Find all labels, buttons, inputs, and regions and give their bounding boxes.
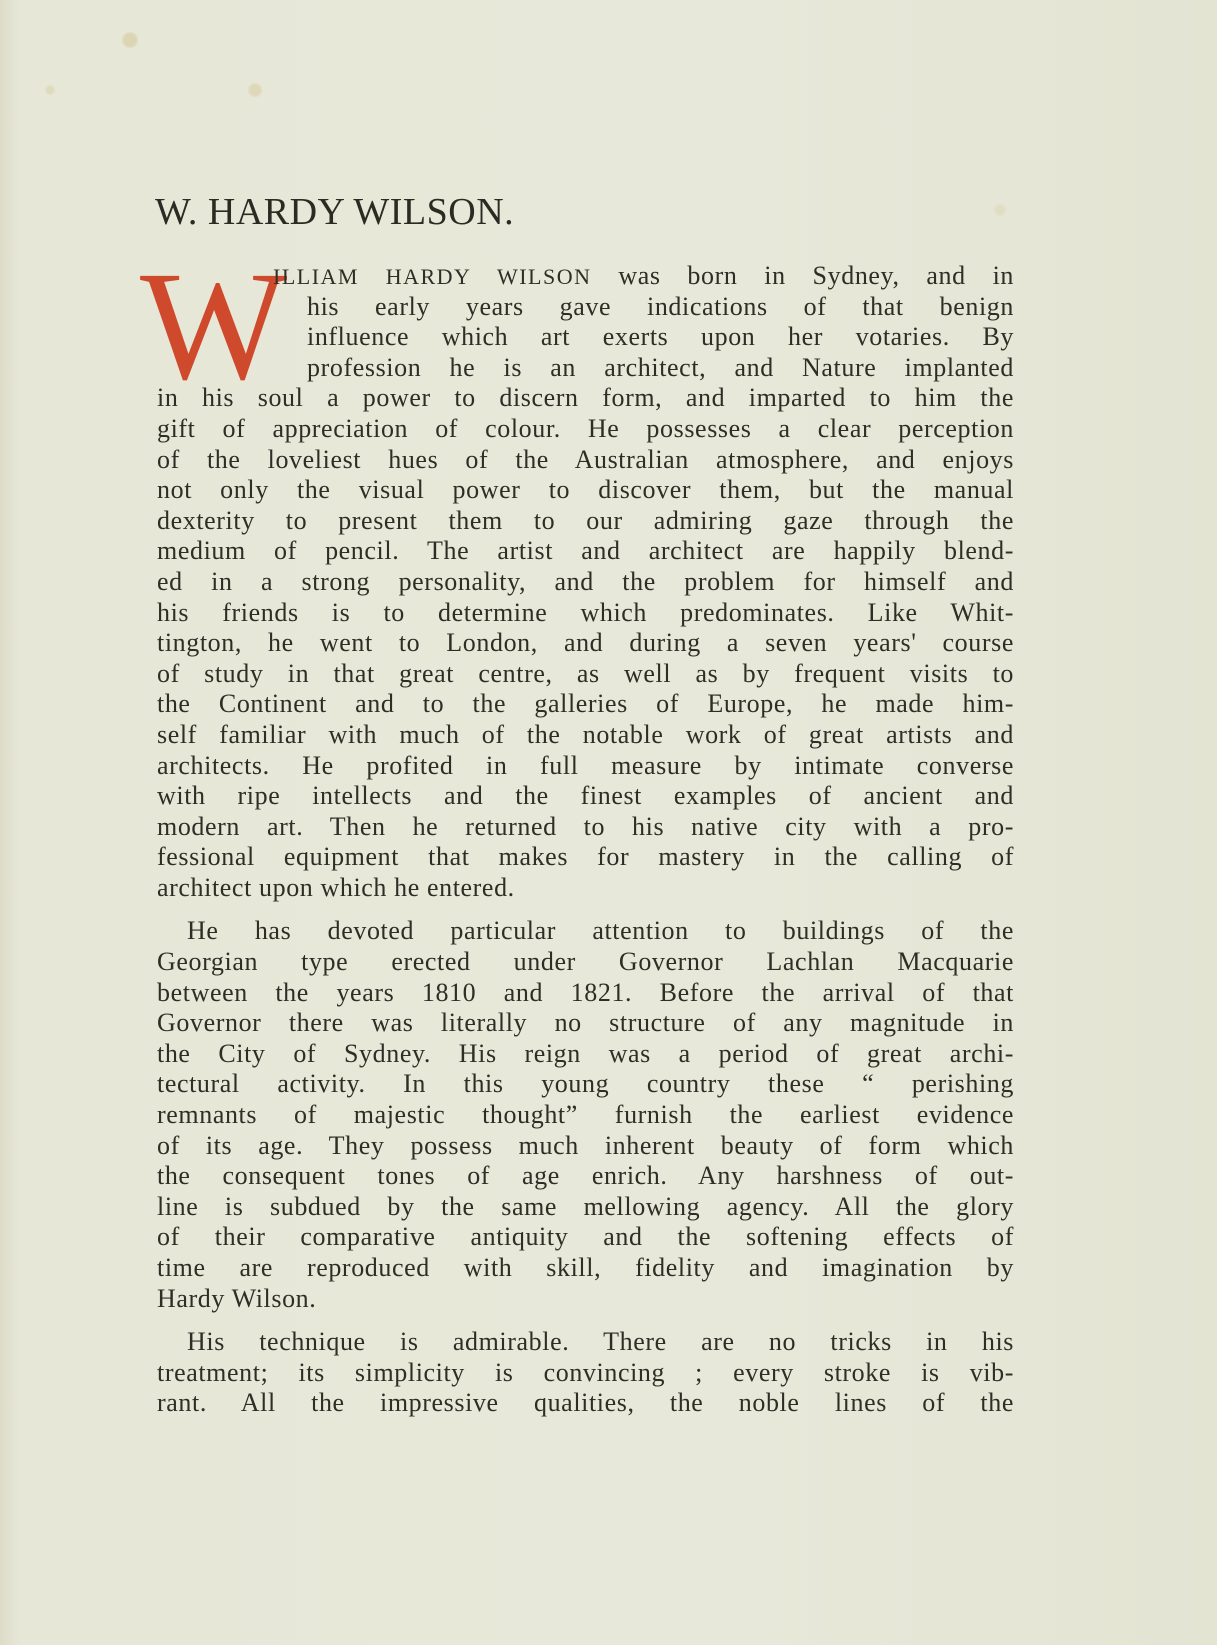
text-line: ILLIAM HARDY WILSON was born in Sydney, … [157,261,1014,292]
text-line: influence which art exerts upon her vota… [157,322,1014,353]
text-line: ed in a strong personality, and the prob… [157,567,1014,598]
text-line: tington, he went to London, and during a… [157,628,1014,659]
text-line: profession he is an architect, and Natur… [157,353,1014,384]
text-line: rant. All the impressive qualities, the … [157,1388,1014,1419]
text-line: tectural activity. In this young country… [157,1069,1014,1100]
text-line: architect upon which he entered. [157,873,1014,904]
text-line: His technique is admirable. There are no… [157,1327,1014,1358]
paragraph-1: ILLIAM HARDY WILSON was born in Sydney, … [157,261,1014,903]
text-line: remnants of majestic thought” furnish th… [157,1100,1014,1131]
book-page: W. HARDY WILSON. W ILLIAM HARDY WILSON w… [0,0,1217,1645]
text-line: treatment; its simplicity is convincing … [157,1358,1014,1389]
text-line: line is subdued by the same mellowing ag… [157,1192,1014,1223]
text-line: with ripe intellects and the finest exam… [157,781,1014,812]
text-line: gift of appreciation of colour. He posse… [157,414,1014,445]
text-line: his friends is to determine which predom… [157,598,1014,629]
text-line: not only the visual power to discover th… [157,475,1014,506]
text-line: of their comparative antiquity and the s… [157,1222,1014,1253]
text-line: the City of Sydney. His reign was a peri… [157,1039,1014,1070]
text-line: architects. He profited in full measure … [157,751,1014,782]
text-line: self familiar with much of the notable w… [157,720,1014,751]
text-line: time are reproduced with skill, fidelity… [157,1253,1014,1284]
text-line: the Continent and to the galleries of Eu… [157,689,1014,720]
text-line: his early years gave indications of that… [157,292,1014,323]
text-line: He has devoted particular attention to b… [157,916,1014,947]
smallcaps-lead: ILLIAM HARDY WILSON [273,264,592,289]
text-line: between the years 1810 and 1821. Before … [157,978,1014,1009]
text-line: fessional equipment that makes for maste… [157,842,1014,873]
text-line: Hardy Wilson. [157,1284,1014,1315]
paragraph-2: He has devoted particular attention to b… [157,916,1014,1314]
article-body: ILLIAM HARDY WILSON was born in Sydney, … [157,261,1014,1419]
text-line: dexterity to present them to our admirin… [157,506,1014,537]
text-line: of the loveliest hues of the Australian … [157,445,1014,476]
text-line: Governor there was literally no structur… [157,1008,1014,1039]
text-line: of its age. They possess much inherent b… [157,1131,1014,1162]
text-line: the consequent tones of age enrich. Any … [157,1161,1014,1192]
text-line: in his soul a power to discern form, and… [157,383,1014,414]
text-line: of study in that great centre, as well a… [157,659,1014,690]
text-line: modern art. Then he returned to his nati… [157,812,1014,843]
text-line: Georgian type erected under Governor Lac… [157,947,1014,978]
paragraph-3: His technique is admirable. There are no… [157,1327,1014,1419]
text-line: medium of pencil. The artist and archite… [157,536,1014,567]
page-title: W. HARDY WILSON. [155,190,514,234]
